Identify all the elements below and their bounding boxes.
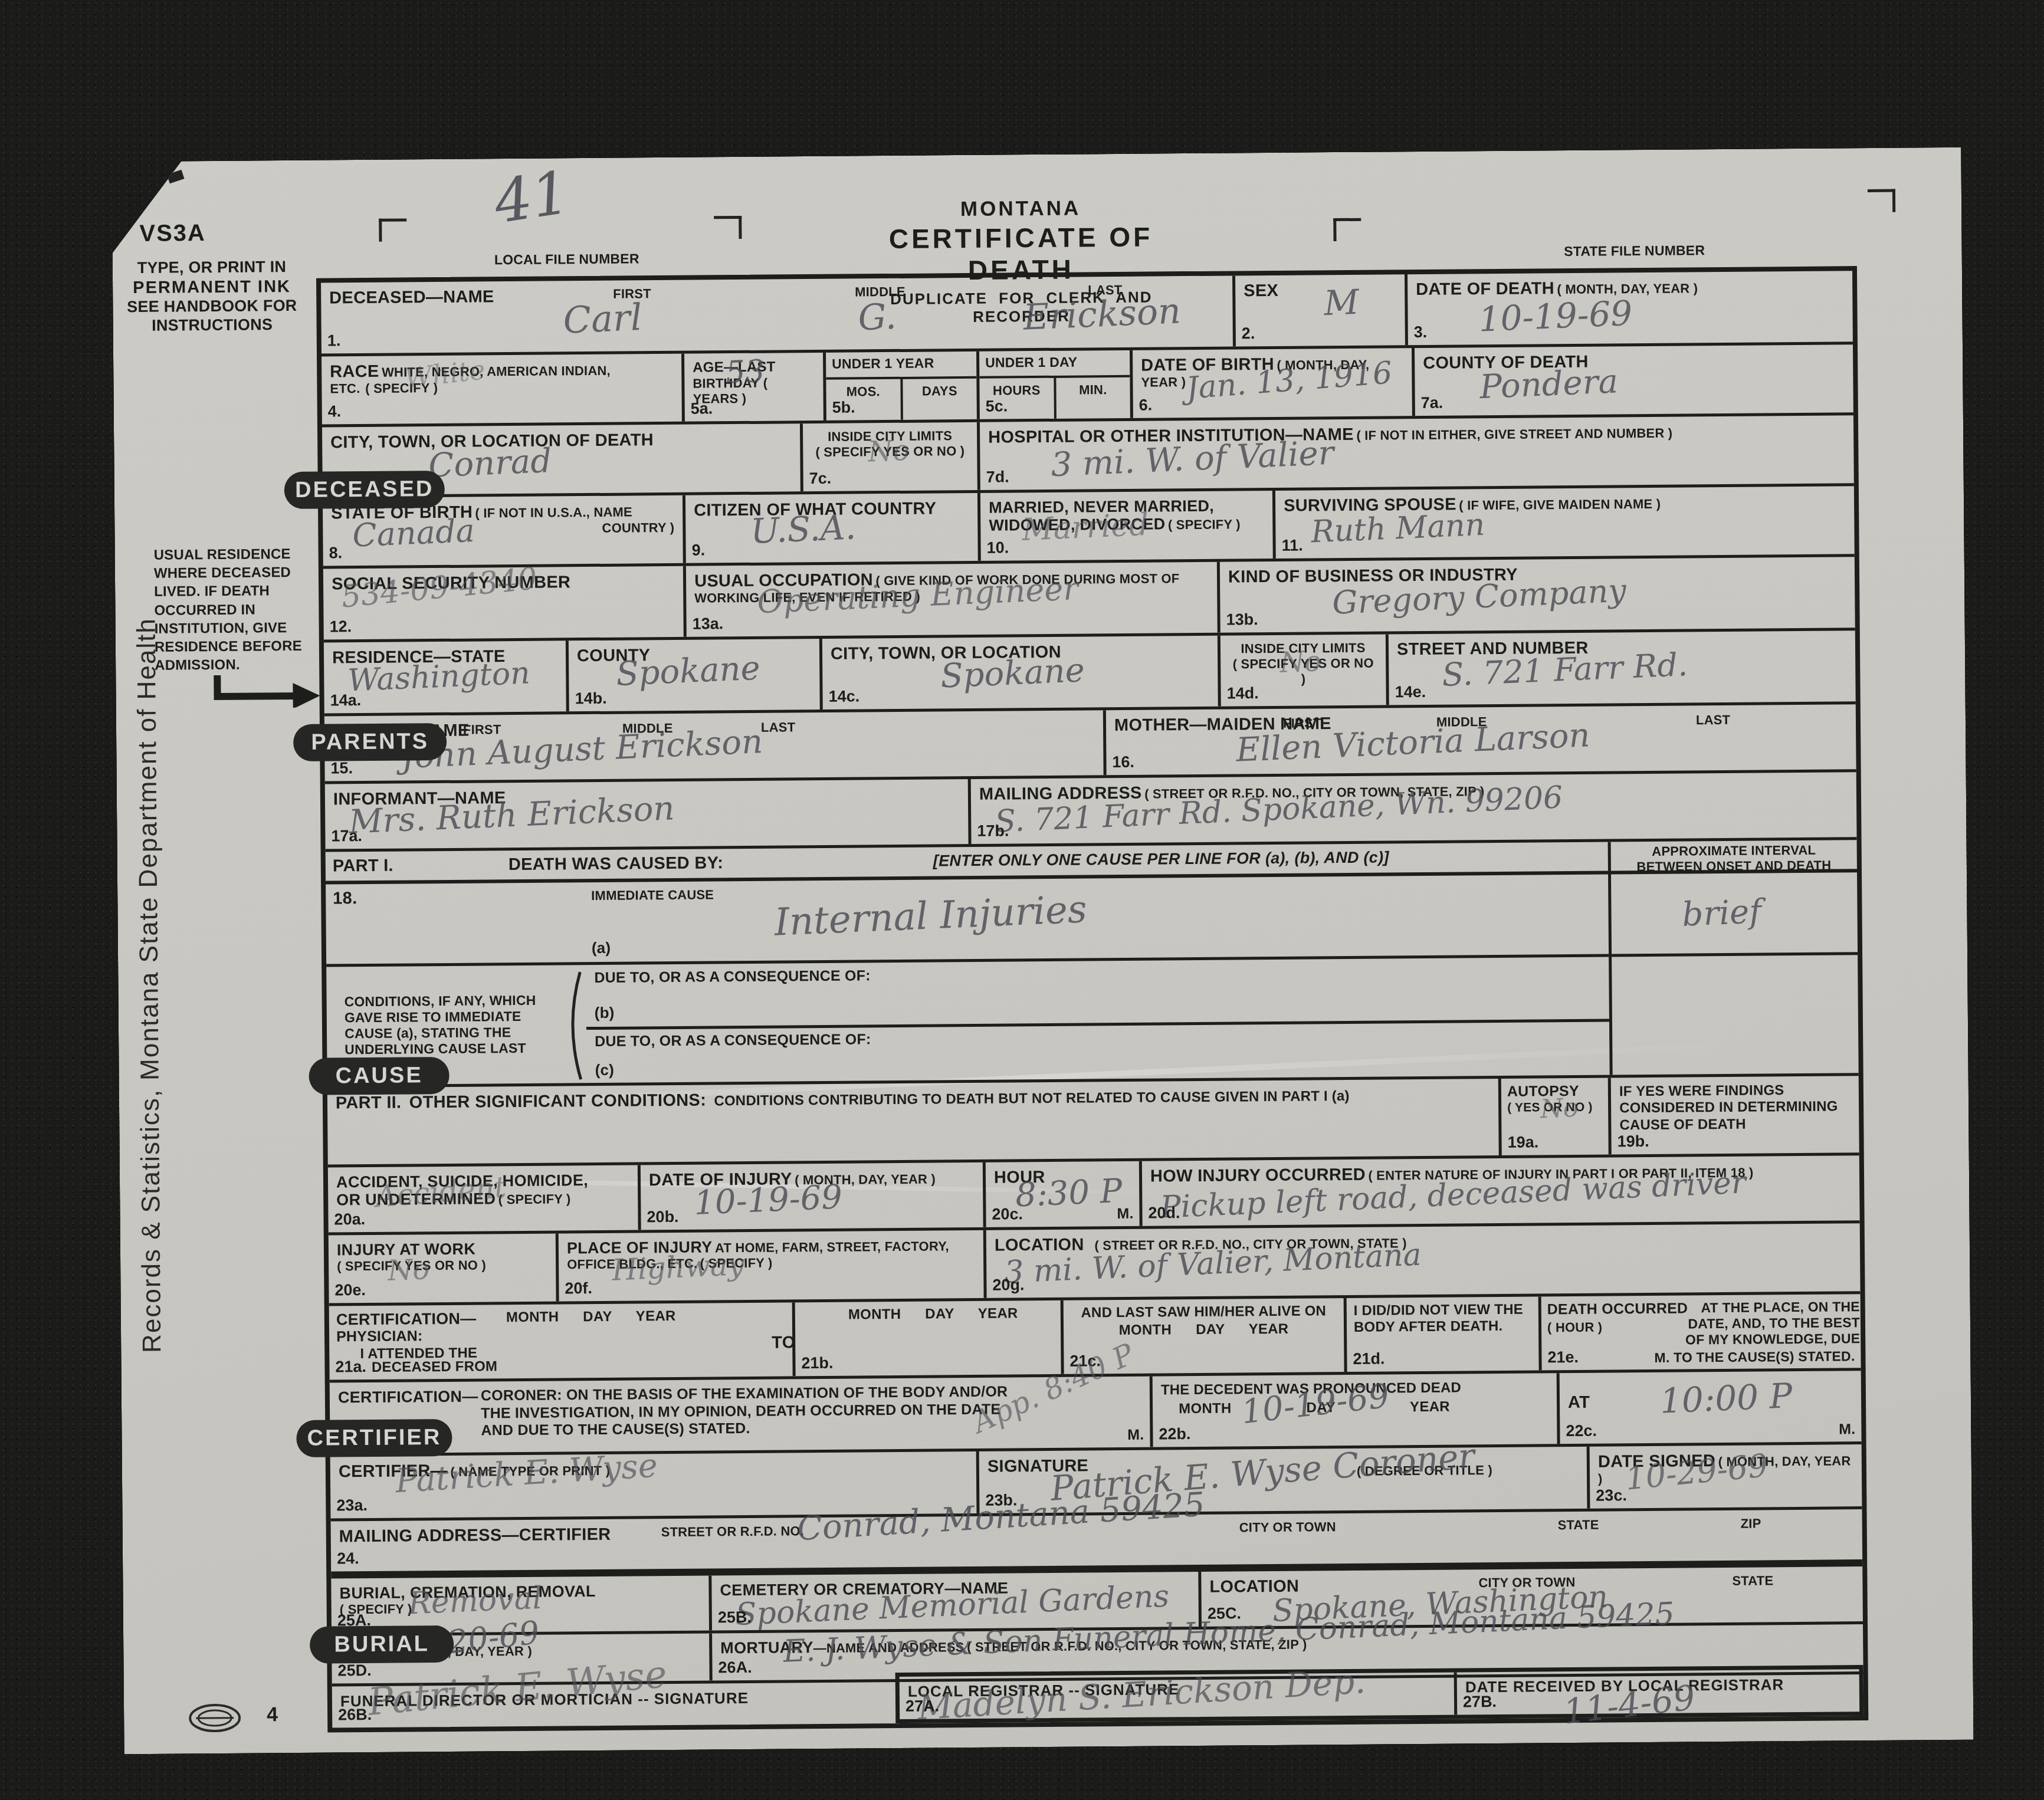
field-autopsy: AUTOPSY ( YES OR NO ) No 19a.	[1501, 1078, 1612, 1155]
field-age: AGE—LAST BIRTHDAY ( YEARS ) 53 5a.	[684, 353, 826, 422]
crop-mark-icon	[714, 216, 742, 239]
field-pronounced-dead: THE DECEDENT WAS PRONOUNCED DEAD MONTH D…	[1153, 1373, 1560, 1447]
ink-mark-icon	[167, 170, 185, 183]
field-occupation: USUAL OCCUPATION ( GIVE KIND OF WORK DON…	[686, 562, 1221, 637]
hw-local-file-number: 41	[490, 163, 573, 232]
field-injury-place: PLACE OF INJURY AT HOME, FARM, STREET, F…	[559, 1230, 987, 1302]
field-business: KIND OF BUSINESS OR INDUSTRY Gregory Com…	[1220, 557, 1855, 632]
field-residence-county: COUNTY Spokane 14b.	[569, 639, 823, 711]
field-injury-at-work: INJURY AT WORK ( SPECIFY YES OR NO ) No …	[329, 1233, 559, 1303]
state-name: MONTANA	[838, 196, 1203, 222]
field-pronounced-time: AT 10:00 P 22c. M.	[1560, 1371, 1862, 1444]
field-injury-date: DATE OF INJURY ( MONTH, DAY, YEAR ) 10-1…	[641, 1162, 986, 1230]
field-deceased-name: DECEASED—NAME FIRST MIDDLE LAST Carl G. …	[321, 275, 1236, 353]
cause-interval-column: APPROXIMATE INTERVAL BETWEEN ONSET AND D…	[1608, 840, 1859, 1075]
tab-burial: BURIAL	[310, 1625, 454, 1664]
field-part2: PART II. OTHER SIGNIFICANT CONDITIONS: C…	[327, 1079, 1502, 1165]
field-cert-physician: CERTIFICATION— MONTH DAY YEAR PHYSICIAN:…	[329, 1302, 796, 1379]
tab-certifier: CERTIFIER	[296, 1419, 452, 1457]
crop-mark-icon	[1333, 218, 1361, 241]
field-under-1-day: UNDER 1 DAY HOURS MIN. 5c.	[979, 350, 1133, 419]
crop-mark-icon	[379, 218, 406, 241]
field-did-view-body: I DID/DID NOT VIEW THE BODY AFTER DEATH.…	[1347, 1296, 1542, 1372]
field-funeral-director-signature: FUNERAL DIRECTOR OR MORTICIAN -- SIGNATU…	[332, 1682, 896, 1727]
field-marital-status: MARRIED, NEVER MARRIED, WIDOWED, DIVORCE…	[980, 491, 1276, 561]
field-cert-coroner: CERTIFICATION— CORONER: ON THE BASIS OF …	[330, 1377, 1153, 1454]
field-death-occurred: DEATH OCCURRED ( HOUR ) 21e. AT THE PLAC…	[1541, 1294, 1861, 1370]
field-race: RACE WHITE, NEGRO, AMERICAN INDIAN, ETC.…	[321, 354, 685, 425]
field-date-received: DATE RECEIVED BY LOCAL REGISTRAR 11-4-69…	[1457, 1669, 1860, 1714]
field-injury-how: HOW INJURY OCCURRED ( ENTER NATURE OF IN…	[1142, 1155, 1860, 1226]
field-certifier-name: CERTIFIER— ( NAME TYPE OR PRINT ) Patric…	[330, 1451, 980, 1519]
field-findings: IF YES WERE FINDINGS CONSIDERED IN DETER…	[1611, 1076, 1859, 1154]
cause-brace-icon	[562, 970, 584, 1082]
field-burial-type: BURIAL, CREMATION, REMOVAL ( SPECIFY ) R…	[331, 1575, 712, 1633]
print-note: TYPE, OR PRINT IN PERMANENT INK SEE HAND…	[117, 258, 307, 336]
death-certificate-form: DECEASED—NAME FIRST MIDDLE LAST Carl G. …	[316, 266, 1868, 1732]
field-cert-physician-to: MONTH DAY YEAR TO 21b.	[795, 1300, 1064, 1377]
field-county-of-death: COUNTY OF DEATH Pondera 7a.	[1415, 344, 1853, 416]
tab-parents: PARENTS	[293, 723, 447, 761]
field-hospital: HOSPITAL OR OTHER INSTITUTION—NAME ( IF …	[980, 415, 1854, 490]
page-number: 4	[267, 1703, 278, 1726]
field-informant: INFORMANT—NAME Mrs. Ruth Erickson 17a.	[325, 779, 972, 849]
hw-first-name: Carl	[562, 299, 642, 339]
field-residence-state: RESIDENCE—STATE Washington 14a.	[324, 640, 569, 713]
local-registrar-box: LOCAL REGISTRAR -- SIGNATURE Madelyn S. …	[895, 1665, 1864, 1723]
hw-middle-initial: G.	[857, 299, 897, 336]
field-mother-name: MOTHER—MAIDEN NAME FIRST MIDDLE LAST Ell…	[1106, 704, 1856, 775]
field-accident: ACCIDENT, SUICIDE, HOMICIDE, OR UNDETERM…	[328, 1165, 641, 1232]
field-residence-street: STREET AND NUMBER S. 721 Farr Rd. 14e.	[1389, 630, 1856, 705]
hw-spouse: Ruth Mann	[1310, 510, 1485, 548]
crop-mark-icon	[1868, 189, 1895, 212]
field-informant-address: MAILING ADDRESS ( STREET OR R.F.D. NO., …	[971, 772, 1857, 844]
hw-sex: M	[1323, 285, 1360, 320]
local-file-label: LOCAL FILE NUMBER	[478, 251, 655, 268]
field-surviving-spouse: SURVIVING SPOUSE ( IF WIFE, GIVE MAIDEN …	[1275, 486, 1855, 559]
hw-interval-a: brief	[1681, 895, 1762, 932]
tab-deceased: DECEASED	[284, 471, 445, 509]
field-cemetery: CEMETERY OR CREMATORY—NAME Spokane Memor…	[711, 1572, 1202, 1631]
residence-note: USUAL RESIDENCE WHERE DECEASED LIVED. IF…	[154, 545, 309, 675]
field-inside-city-limits-death: INSIDE CITY LIMITS ( SPECIFY YES OR NO )…	[803, 422, 980, 491]
hw-last-name: Erickson	[1022, 293, 1182, 335]
cause-line-a: 18. IMMEDIATE CAUSE Internal Injuries (a…	[326, 874, 1609, 967]
field-residence-limits: INSIDE CITY LIMITS ( SPECIFY YES OR NO )…	[1221, 634, 1389, 706]
hw-pronounced-time: 10:00 P	[1659, 1378, 1793, 1418]
field-local-registrar-signature: LOCAL REGISTRAR -- SIGNATURE Madelyn S. …	[900, 1673, 1458, 1719]
field-date-of-death: DATE OF DEATH ( MONTH, DAY, YEAR ) 10-19…	[1407, 271, 1853, 345]
field-citizen: CITIZEN OF WHAT COUNTRY U.S.A. 9.	[685, 493, 981, 563]
state-file-label: STATE FILE NUMBER	[1540, 242, 1729, 260]
field-burial-location: LOCATION CITY OR TOWN STATE Spokane, Was…	[1201, 1566, 1863, 1627]
certificate-paper: Records & Statistics, Montana State Depa…	[111, 147, 1973, 1755]
field-date-signed: DATE SIGNED ( MONTH, DAY, YEAR ) 10-29-6…	[1590, 1444, 1862, 1509]
cause-section: PART I. DEATH WAS CAUSED BY: [ENTER ONLY…	[326, 840, 1859, 1088]
cause-line-b: DUE TO, OR AS A CONSEQUENCE OF: (b)	[586, 957, 1609, 1030]
scanned-death-certificate: { "page": { "form_code": "VS3A", "page_n…	[0, 0, 2044, 1800]
tab-cause: CAUSE	[309, 1057, 449, 1095]
residence-arrow-icon	[210, 672, 322, 708]
field-injury-location: LOCATION ( STREET OR R.F.D. NO., CITY OR…	[986, 1223, 1861, 1298]
cause-line-c: DUE TO, OR AS A CONSEQUENCE OF: (c)	[586, 1021, 1610, 1083]
union-stamp-icon	[188, 1702, 242, 1735]
field-last-saw-alive: AND LAST SAW HIM/HER ALIVE ON MONTH DAY …	[1064, 1298, 1347, 1374]
field-injury-hour: HOUR 8:30 P 20c. M.	[986, 1161, 1143, 1227]
field-sex: SEX M 2.	[1235, 274, 1408, 346]
hw-date-of-death: 10-19-69	[1478, 296, 1633, 337]
field-ssn: SOCIAL SECURITY NUMBER 534-09-4340 12.	[323, 566, 687, 640]
hw-immediate-cause: Internal Injuries	[773, 891, 1087, 942]
field-date-of-birth: DATE OF BIRTH ( MONTH, DAY, YEAR ) Jan. …	[1133, 348, 1415, 418]
field-residence-city: CITY, TOWN, OR LOCATION Spokane 14c.	[822, 636, 1221, 710]
field-under-1-year: UNDER 1 YEAR MOS. DAYS 5b.	[826, 352, 980, 421]
form-code: VS3A	[139, 220, 206, 247]
field-certifier-signature: SIGNATURE ( DEGREE OR TITLE ) Patrick E.…	[979, 1447, 1590, 1513]
